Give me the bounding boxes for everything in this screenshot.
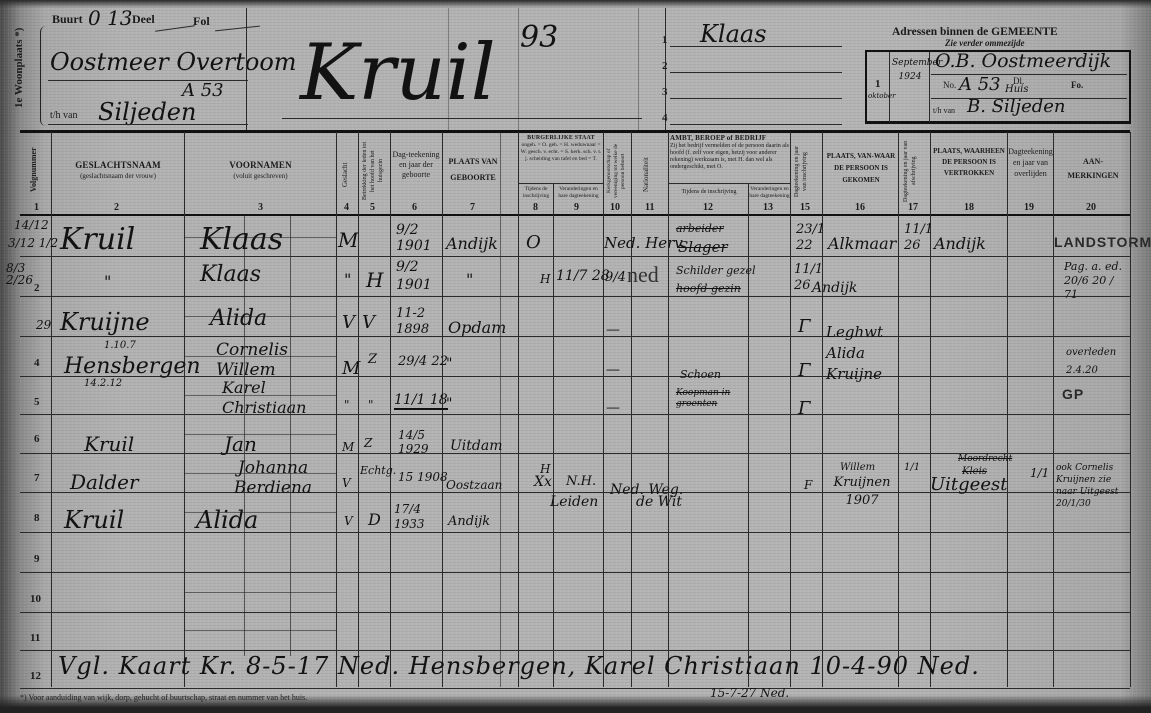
- margin-note-2: 3/12 1/2: [8, 236, 58, 250]
- buurt-value: 0 13: [88, 6, 133, 30]
- col-header-13: Veranderingen en hare dagteekening: [749, 186, 790, 200]
- row-5-sex: ": [344, 398, 350, 412]
- address-owner: Siljeden: [98, 98, 196, 126]
- row-1-remarks: Pag. a. ed. 20/6 20 / 71: [1064, 260, 1130, 302]
- col-num-20: 20: [1086, 202, 1096, 213]
- stamp-number: 93: [520, 20, 558, 55]
- given-subline-9: [184, 630, 336, 631]
- col-header-7: PLAATS VAN GEBOORTE: [446, 154, 500, 186]
- row-line-1: [20, 256, 1130, 257]
- row-4-remarks: overleden 2.4.20: [1066, 344, 1130, 380]
- row-8-birthplace: Andijk: [448, 514, 490, 529]
- bottom-note: Vgl. Kaart Kr. 8-5-17 Ned. Hensbergen, K…: [58, 652, 980, 680]
- row-1-given: Klaas: [200, 222, 283, 257]
- col-header-5: Betrekking der leden tot het hoofd van h…: [361, 138, 387, 204]
- row-8-surname: Kruil: [64, 506, 124, 534]
- col-num-5: 5: [370, 202, 375, 213]
- row-2-birthplace: ": [466, 270, 473, 289]
- col-header-1: Volgnummer: [30, 140, 44, 200]
- row-7-given: Johanna Berdiena: [210, 458, 336, 498]
- row-1-to: Andijk: [934, 234, 986, 253]
- row-8-occupation: de Wit: [636, 494, 682, 510]
- col-header-17: Dagteekening en jaar van afschrijving: [902, 140, 928, 202]
- col-line-3b: [290, 216, 291, 656]
- row-5-birth: 11/1 18: [394, 392, 448, 410]
- row-1-occupation-struck: arbeider: [676, 222, 724, 235]
- row-3-from: Leghwt Alida Kruijne: [826, 322, 896, 385]
- addr-no-label: No.: [943, 80, 956, 90]
- row-7-sex: V: [342, 476, 351, 490]
- col-header-8: Tijdens de inschrijving: [519, 186, 553, 200]
- row-8-sex: V: [344, 514, 353, 528]
- row-7-birth: 15 1908: [398, 470, 448, 484]
- row-5-occupation: Koopman in groenten: [676, 388, 746, 410]
- row-6-surname: Kruil: [84, 432, 134, 456]
- row-2-civil-change: 11/7 28: [556, 268, 610, 284]
- margin-note-3: 8/3 2/26: [6, 262, 46, 286]
- row-2-occupation: Schilder gezel: [676, 264, 756, 277]
- row-4-birthplace: ": [446, 356, 452, 372]
- row-num-4: 4: [34, 357, 40, 369]
- col-header-18: PLAATS, WAARHEEN DE PERSOON IS VERTROKKE…: [932, 146, 1006, 179]
- col-num-2: 2: [114, 202, 119, 213]
- row-7-surname: Dalder: [70, 470, 139, 494]
- col-num-15: 15: [800, 202, 810, 213]
- row-5-relation: ": [368, 398, 374, 412]
- row-7-church: N.H.: [566, 474, 596, 489]
- row-1-occupation: Slager: [678, 238, 728, 256]
- col-12-13-subdivider: [668, 183, 790, 184]
- row-3-birthplace: Opdam: [448, 318, 506, 337]
- row-4-inscribed: Γ: [798, 360, 811, 381]
- addr-owner-label: t/h van: [933, 106, 955, 115]
- col-line-3: [336, 132, 337, 687]
- row-3-church: —: [606, 322, 620, 338]
- col-line-10: [631, 132, 632, 687]
- col-header-16: PLAATS, VAN-WAAR DE PERSOON IS GEKOMEN: [826, 150, 896, 186]
- margin-note-4: 29: [36, 318, 51, 332]
- row-2-from: Andijk: [812, 280, 857, 296]
- row-5-birthplace: ": [446, 396, 452, 412]
- row-5-inscribed: Γ: [798, 398, 811, 419]
- row-line-10: [20, 612, 1130, 613]
- header-divider: [246, 8, 247, 130]
- col-header-10: Kerkgenootschap of vereeniging tot welke…: [606, 138, 628, 204]
- row-1-sex: M: [338, 228, 358, 252]
- row-7-to: Uitgeest: [930, 474, 1007, 495]
- family-surname: Kruil: [300, 28, 496, 118]
- header-guide-b: [518, 8, 519, 130]
- row-2-civil: H: [540, 272, 550, 286]
- row-6-birth: 14/5 1929: [398, 428, 440, 456]
- given-subline-8: [184, 592, 336, 593]
- row-5-gp-stamp: GP: [1062, 386, 1084, 402]
- row-6-given: Jan: [224, 432, 257, 456]
- col-header-2-label: GESLACHTSNAAM: [75, 160, 161, 170]
- col-header-6: Dag-teekening en jaar der geboorte: [392, 150, 440, 180]
- col-header-4: Geslacht: [341, 150, 353, 200]
- row-7-from: Kruijnen 1907: [828, 474, 896, 510]
- col-header-2-sub: (geslachtsnaam der vrouw): [80, 172, 156, 180]
- col-header-15: Dagteekening en jaar van inschrijving: [793, 142, 819, 202]
- col-line-13: [790, 132, 791, 687]
- row-2-church-change: 9/4: [605, 270, 626, 285]
- addr-box-col-1: [889, 52, 890, 122]
- col-header-3-label: VOORNAMEN: [229, 160, 292, 170]
- row-7-deregistered: 1/1: [904, 462, 920, 473]
- col-header-8-label: BURGERLIJKE STAAT: [527, 135, 595, 141]
- row-3-sex: V: [342, 312, 355, 333]
- col-line-18: [1007, 132, 1008, 687]
- row-3-surname: Kruijne: [60, 308, 150, 336]
- addr-owner: B. Siljeden: [967, 96, 1066, 117]
- row-num-7: 7: [34, 472, 40, 484]
- row-line-3: [20, 336, 1130, 337]
- col-num-16: 16: [855, 202, 865, 213]
- scan-edge-top: [0, 0, 1151, 8]
- row-num-10: 10: [30, 593, 41, 605]
- addr-row-num: 1: [875, 78, 881, 90]
- row-8-birth: 17/4 1933: [394, 502, 438, 532]
- margin-note-1: 14/12: [14, 218, 49, 232]
- head-line-num-4: 4: [662, 112, 668, 124]
- col-header-8-sub: ongeh. = O. geh. = H. weduwnaar = W. ges…: [521, 142, 602, 162]
- address-line-1: Oostmeer Overtoom: [50, 48, 297, 76]
- row-7-remarks: ook Cornelis Kruijnen zie naar Uitgeest …: [1056, 462, 1130, 510]
- header-guide-a: [448, 8, 449, 130]
- fol-underline: [215, 26, 260, 32]
- row-line-9: [20, 572, 1130, 573]
- row-4-occupation: Schoen: [680, 368, 721, 381]
- head-line-num-2: 2: [662, 60, 668, 72]
- row-num-11: 11: [30, 632, 40, 644]
- col-num-1: 1: [34, 202, 39, 213]
- row-3-birth: 11-2 1898: [396, 306, 438, 338]
- col-num-17: 17: [908, 202, 918, 213]
- deel-label: Deel: [132, 12, 155, 27]
- row-2-sex: ": [344, 270, 351, 289]
- addr-fo-label: Fo.: [1071, 80, 1083, 90]
- col-line-11: [668, 132, 669, 687]
- row-num-12: 12: [30, 670, 41, 682]
- col-num-12: 12: [703, 202, 713, 213]
- row-2-birth: 9/2 1901: [396, 258, 438, 294]
- row-6-sex: M: [342, 440, 354, 454]
- row-7-relation: Echtg.: [360, 464, 396, 477]
- row-2-given: Klaas: [200, 262, 261, 287]
- col-header-12-label: AMBT, BEROEP of BEDRIJF: [670, 134, 766, 142]
- head-name: Klaas: [700, 20, 767, 48]
- head-line-num-3: 3: [662, 86, 668, 98]
- row-1-landstorm-stamp: LANDSTORM: [1054, 234, 1151, 250]
- col-line-15: [822, 132, 823, 687]
- row-1-birth: 9/2 1901: [396, 222, 438, 254]
- row-4-birth: 29/4 22: [398, 354, 448, 369]
- row-3-surname-note: 1.10.7: [104, 340, 136, 351]
- side-label: 1e Woonplaats *): [12, 10, 26, 125]
- scan-edge-bottom: [0, 695, 1151, 713]
- head-line-1: [670, 46, 842, 47]
- row-4-sex: M: [342, 358, 360, 379]
- buurt-label: Buurt: [52, 12, 83, 27]
- col-line-16: [898, 132, 899, 687]
- col-line-19: [1053, 132, 1054, 687]
- given-subline-5: [184, 434, 336, 435]
- row-1-civil: O: [526, 232, 541, 253]
- col-num-3: 3: [258, 202, 263, 213]
- surname-underline: [282, 118, 642, 119]
- col-num-10: 10: [610, 202, 620, 213]
- head-line-num-1: 1: [662, 34, 668, 46]
- addr-dl-label: Dl.: [1013, 76, 1024, 86]
- row-line-5: [20, 414, 1130, 415]
- row-1-surname: Kruil: [60, 222, 135, 257]
- deel-underline: [155, 25, 195, 32]
- row-5-church: —: [606, 400, 620, 416]
- col-num-9: 9: [574, 202, 579, 213]
- col-line-5: [390, 132, 391, 687]
- row-line-11: [20, 650, 1130, 651]
- col-num-19: 19: [1024, 202, 1034, 213]
- col-line-4: [358, 132, 359, 687]
- addr-street: O.B. Oostmeerdijk: [935, 50, 1111, 72]
- col-header-9: Veranderingen en hare dagteekening: [554, 186, 603, 200]
- head-line-3: [670, 98, 842, 99]
- row-7-to-note: Kleis: [962, 466, 987, 477]
- header-guide-c: [638, 8, 639, 130]
- col-header-11: Nationaliteit: [642, 150, 654, 200]
- row-line-2: [20, 296, 1130, 297]
- row-7-from-note: Willem: [840, 462, 875, 473]
- col-line-1: [51, 132, 52, 687]
- col-line-7a: [500, 132, 501, 687]
- col-header-12-group: AMBT, BEROEP of BEDRIJF Zij het bedrijf …: [670, 135, 790, 171]
- head-line-2: [670, 72, 842, 73]
- col-num-13: 13: [763, 202, 773, 213]
- row-4-given: Cornelis Willem: [216, 340, 326, 380]
- row-4-relation: Z: [368, 352, 377, 367]
- row-1-birthplace: Andijk: [446, 234, 498, 253]
- addr-no-value: A 53: [959, 74, 1001, 95]
- col-num-18: 18: [964, 202, 974, 213]
- row-1-inscribed: 23/1 22: [796, 222, 822, 254]
- row-1-deregistered: 11/1 26: [904, 222, 930, 254]
- row-4-surname: Hensbergen: [64, 354, 201, 379]
- col-header-19: Dagteekening en jaar van overlijden: [1008, 146, 1053, 179]
- row-num-8: 8: [34, 512, 40, 524]
- row-num-5: 5: [34, 396, 40, 408]
- col-header-2: GESLACHTSNAAM (geslachtsnaam der vrouw): [52, 160, 184, 180]
- row-7-civil-change: Xx: [534, 474, 552, 490]
- col-header-3-sub: (voluit geschreven): [233, 172, 287, 180]
- col-header-12-sub: Zij het bedrijf vermelden of de persoon …: [670, 143, 789, 170]
- row-2-occupation-note: hoofd gezin: [676, 282, 741, 295]
- addresses-subtitle: Zie verder ommezijde: [945, 38, 1024, 48]
- head-line-4: [670, 124, 842, 125]
- row-7-inscribed-mark: F: [804, 478, 812, 492]
- row-line-12: [20, 688, 1130, 689]
- col-num-11: 11: [645, 202, 654, 213]
- col-line-9: [603, 132, 604, 687]
- header-bottom-border: [20, 214, 1130, 216]
- fol-label: Fol: [193, 14, 210, 29]
- row-1-church: Ned. Herv.: [604, 234, 686, 252]
- col-line-7: [518, 132, 519, 687]
- side-bracket: [40, 26, 46, 126]
- row-2-surname: ": [104, 272, 111, 291]
- population-register-card: 1e Woonplaats *) Buurt 0 13 Deel Fol Oos…: [0, 0, 1151, 713]
- row-6-relation: Z: [364, 436, 372, 450]
- row-4-surname-note: 14.2.12: [84, 378, 122, 389]
- address-underline-2: [48, 124, 248, 125]
- col-header-3: VOORNAMEN (voluit geschreven): [185, 160, 336, 180]
- col-num-7: 7: [470, 202, 475, 213]
- row-7-deceased: 1/1: [1030, 466, 1049, 480]
- row-num-9: 9: [34, 553, 40, 565]
- address-owner-label: t/h van: [50, 110, 78, 121]
- addr-row-month: oktober: [868, 92, 895, 100]
- addresses-title: Adressen binnen de GEMEENTE: [892, 26, 1058, 38]
- addr-date: September 1924: [892, 56, 928, 84]
- col-num-8: 8: [533, 202, 538, 213]
- row-3-inscribed: Γ: [798, 316, 811, 337]
- col-header-12: Tijdens de inschrijving: [670, 188, 748, 196]
- row-8-civil-change: Leiden: [550, 494, 598, 510]
- row-num-6: 6: [34, 433, 40, 445]
- row-line-8: [20, 532, 1130, 533]
- col-line-2: [184, 132, 185, 687]
- row-8-given: Alida: [196, 506, 258, 534]
- row-6-birthplace: Uitdam: [450, 438, 503, 454]
- col-8-9-subdivider: [518, 183, 603, 184]
- col-header-20: AAN-MERKINGEN: [1060, 155, 1126, 183]
- row-7-to-struck: Moordrecht: [958, 454, 1012, 464]
- row-3-given: Alida: [210, 306, 267, 331]
- row-1-from: Alkmaar: [828, 234, 896, 253]
- row-2-church-stamp: ned: [627, 262, 659, 288]
- addresses-box: 1 oktober September 1924 O.B. Oostmeerdi…: [865, 50, 1131, 124]
- col-header-8-group: BURGERLIJKE STAAT ongeh. = O. geh. = H. …: [519, 135, 603, 163]
- col-line-17: [930, 132, 931, 687]
- row-8-relation: D: [368, 510, 381, 529]
- row-4-church: —: [606, 362, 620, 378]
- row-7-birthplace: Oostzaan: [446, 478, 502, 492]
- col-line-20: [1130, 132, 1131, 687]
- col-num-4: 4: [344, 202, 349, 213]
- row-5-given: Karel Christiaan: [222, 378, 332, 418]
- table-top-border: [20, 130, 1130, 133]
- row-3-relation: V: [362, 312, 375, 333]
- row-2-relation: H: [366, 268, 383, 292]
- col-num-6: 6: [412, 202, 417, 213]
